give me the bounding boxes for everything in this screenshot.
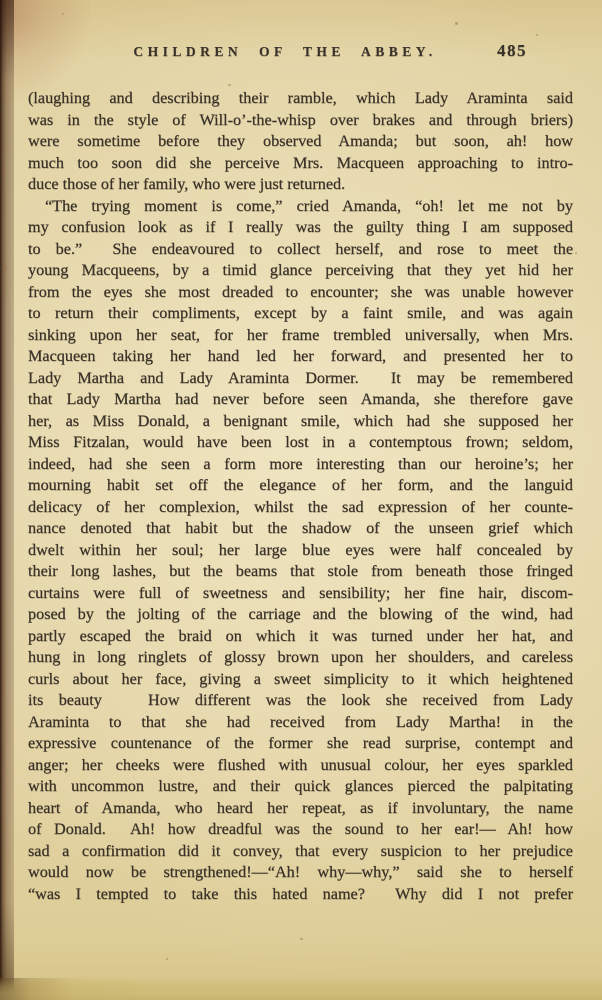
text-line: partly escaped the braid on which it was… [28,626,573,648]
text-line: that Lady Martha had never before seen A… [28,389,573,411]
text-line: her, as Miss Donald, a benignant smile, … [28,411,573,433]
text-line: mourning habit set off the elegance of h… [28,475,573,497]
text-line: expressive countenance of the former she… [28,733,573,755]
text-line: nance denoted that habit but the shadow … [28,518,573,540]
text-line: hung in long ringlets of glossy brown up… [28,647,573,669]
text-line: “The trying moment is come,” cried Amand… [28,196,573,218]
text-line: heart of Amanda, who heard her repeat, a… [28,798,573,820]
text-line: posed by the jolting of the carriage and… [28,604,573,626]
text-line: sinking upon her seat, for her frame tre… [28,325,573,347]
text-line: “was I tempted to take this hated name? … [28,884,573,906]
text-line: (laughing and describing their ramble, w… [28,88,573,110]
text-line: their long lashes, but the beams that st… [28,561,573,583]
text-line: was in the style of Will-o’-the-whisp ov… [28,110,573,132]
text-line: Miss Fitzalan, would have been lost in a… [28,432,573,454]
text-line: its beauty How different was the look sh… [28,690,573,712]
text-line: curtains were full of sweetness and sens… [28,583,573,605]
text-line: Araminta to that she had received from L… [28,712,573,734]
text-line: my confusion look as if I really was the… [28,217,573,239]
page-body: (laughing and describing their ramble, w… [28,88,573,905]
running-header-title: CHILDREN OF THE ABBEY. [30,44,540,60]
text-line: dwelt within her soul; her large blue ey… [28,540,573,562]
text-line: to return their compliments, except by a… [28,303,573,325]
text-line: curls about her face, giving a sweet sim… [28,669,573,691]
text-line: Lady Martha and Lady Araminta Dormer. It… [28,368,573,390]
text-line: with uncommon lustre, and their quick gl… [28,776,573,798]
text-line: sad a confirmation did it convey, that e… [28,841,573,863]
text-line: were sometime before they observed Amand… [28,131,573,153]
text-line: young Macqueens, by a timid glance perce… [28,260,573,282]
text-line: of Donald. Ah! how dreadful was the soun… [28,819,573,841]
bottom-page-edge-strip [0,978,602,1000]
text-line: to be.” She endeavoured to collect herse… [28,239,573,261]
text-line: duce those of her family, who were just … [28,174,573,196]
text-line: much too soon did she perceive Mrs. Macq… [28,153,573,175]
text-line: from the eyes she most dreaded to encoun… [28,282,573,304]
text-line: would now be strengthened!—“Ah! why—why,… [28,862,573,884]
text-line: indeed, had she seen a form more interes… [28,454,573,476]
page-number: 485 [497,41,527,61]
text-line: delicacy of her complexion, whilst the s… [28,497,573,519]
book-gutter-shadow [0,0,14,1000]
text-line: anger; her cheeks were flushed with unus… [28,755,573,777]
scanned-book-page: CHILDREN OF THE ABBEY. 485 (laughing and… [0,0,602,1000]
text-line: Macqueen taking her hand led her forward… [28,346,573,368]
